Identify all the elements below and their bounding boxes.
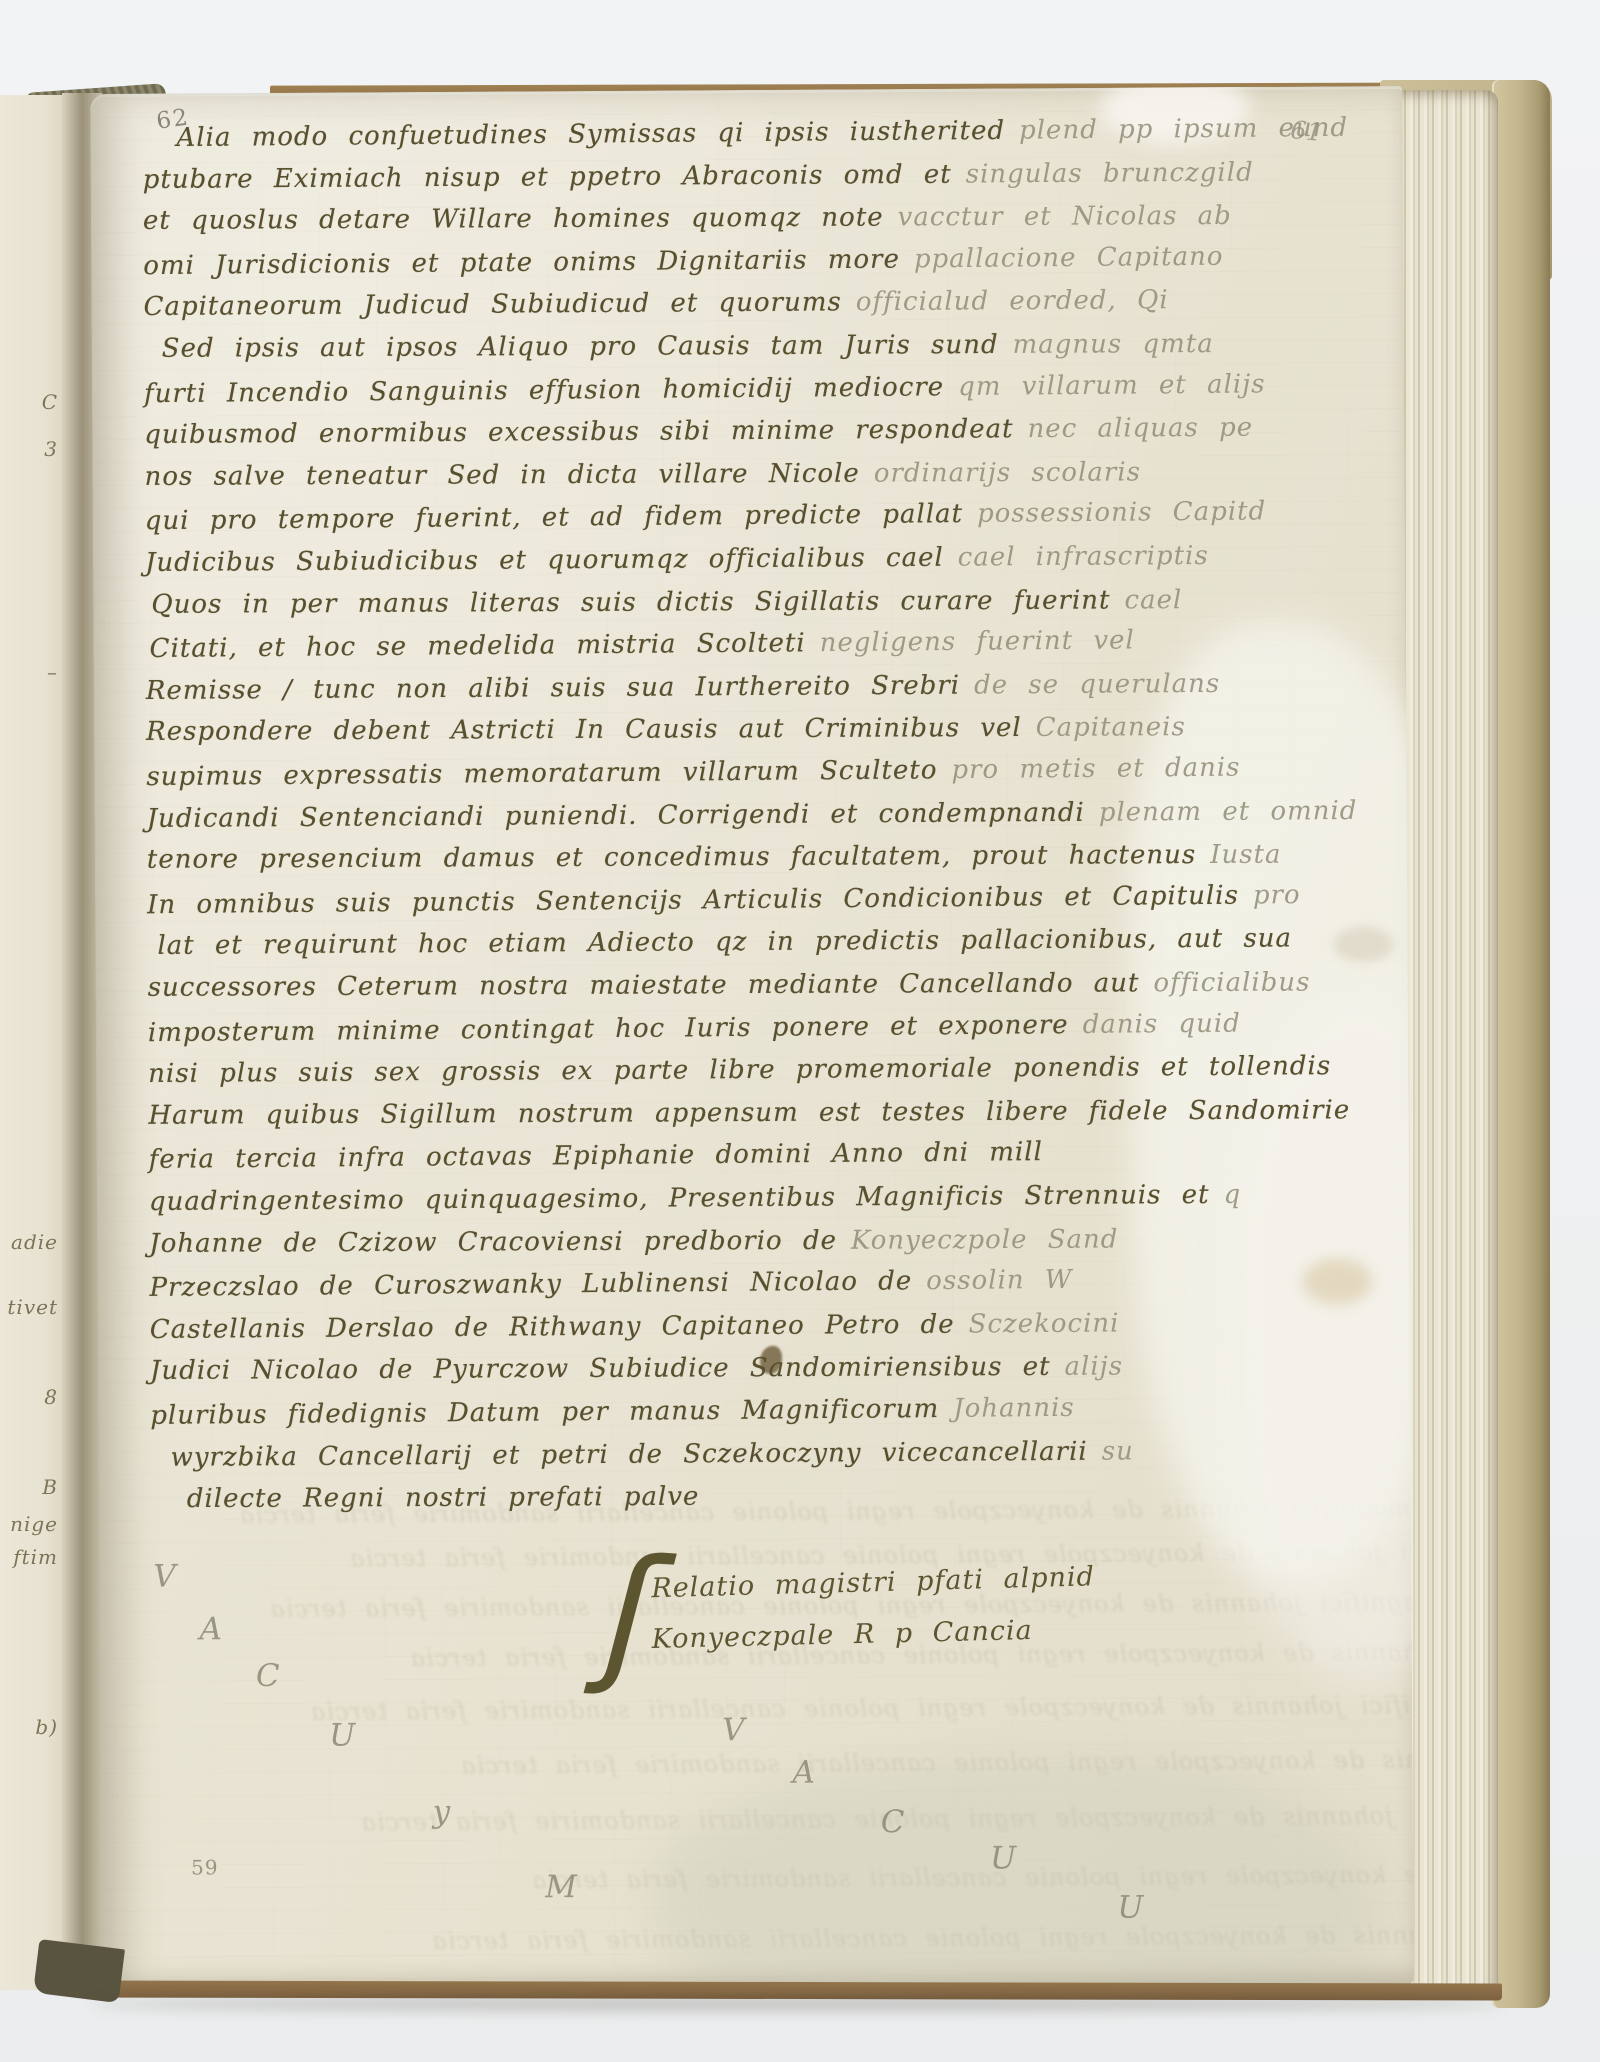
pen-trial-letter: y xyxy=(433,1794,451,1830)
pen-trial-letter: U xyxy=(990,1840,1016,1876)
line-faded-ink: Johannis xyxy=(939,1393,1075,1424)
facing-page-text-fragment: ftim xyxy=(13,1545,58,1569)
pen-trial-letter: U xyxy=(1117,1890,1143,1926)
line-dark-ink: Przeczslao de Curoszwanky Lublinensi Nic… xyxy=(149,1266,912,1303)
line-faded-ink: plenam et omnid xyxy=(1085,796,1358,828)
line-dark-ink: dilecte Regni nostri prefati palve xyxy=(187,1482,700,1514)
manuscript-line: nos salve teneatur Sed in dicta villare … xyxy=(144,455,1141,494)
line-faded-ink: plend pp ipsum eund xyxy=(1005,113,1348,146)
line-faded-ink: cael xyxy=(1110,585,1182,615)
line-dark-ink: Quos in per manus literas suis dictis Si… xyxy=(151,585,1110,619)
manuscript-line: Quos in per manus literas suis dictis Si… xyxy=(151,583,1182,622)
line-dark-ink: Johanne de Czizow Cracoviensi predborio … xyxy=(149,1226,837,1259)
manuscript-line: et quoslus detare Willare homines quomqz… xyxy=(143,199,1232,238)
line-faded-ink: Capitaneis xyxy=(1022,712,1186,743)
line-faded-ink: officialud eorded, Qi xyxy=(842,285,1169,317)
line-dark-ink: Alia modo confuetudines Symissas qi ipsi… xyxy=(176,116,1005,153)
note-brace-flourish: ʃ xyxy=(601,1537,661,1690)
line-dark-ink: tenore presencium damus et concedimus fa… xyxy=(147,840,1196,875)
facing-page-text-fragment: nige xyxy=(10,1512,58,1536)
line-dark-ink: Capitaneorum Judicud Subiudicud et quoru… xyxy=(143,287,841,322)
line-faded-ink: danis quid xyxy=(1068,1009,1240,1041)
facing-page-text-fragment: – xyxy=(47,660,58,684)
facing-page-text-fragment: tivet xyxy=(7,1295,58,1319)
line-dark-ink: qui pro tempore fuerint, et ad fidem pre… xyxy=(145,499,963,536)
spine-bottom-tip xyxy=(33,1939,125,2003)
line-dark-ink: pluribus fidedignis Datum per manus Magn… xyxy=(150,1394,939,1431)
line-dark-ink: Judici Nicolao de Pyurczow Subiudice San… xyxy=(150,1352,1051,1386)
line-faded-ink: Sczekocini xyxy=(954,1309,1119,1340)
line-faded-ink: pro xyxy=(1239,880,1301,911)
line-faded-ink: qm villarum et alijs xyxy=(944,369,1266,402)
line-dark-ink: Remisse / tunc non alibi suis sua Iurthe… xyxy=(146,671,960,706)
line-faded-ink: de se querulans xyxy=(960,669,1220,701)
manuscript-line: Respondere debent Astricti In Causis aut… xyxy=(146,710,1186,749)
pen-trial-letter: C xyxy=(881,1804,905,1840)
photo-of-manuscript-page: { "photo": { "background_color": "#f0f1f… xyxy=(0,0,1600,2062)
small-smudge xyxy=(1333,926,1393,962)
line-dark-ink: Judicibus Subiudicibus et quorumqz offic… xyxy=(145,543,944,578)
line-dark-ink: quadringentesimo quinquagesimo, Presenti… xyxy=(149,1180,1210,1217)
line-dark-ink: omi Jurisdicionis et ptate onims Dignita… xyxy=(143,245,900,282)
manuscript-line: Judici Nicolao de Pyurczow Subiudice San… xyxy=(150,1350,1123,1388)
line-faded-ink: Konyeczpole Sand xyxy=(837,1225,1119,1256)
pen-trial-letter: V xyxy=(722,1712,745,1748)
pencil-mark: 59 xyxy=(191,1855,219,1879)
line-dark-ink: et quoslus detare Willare homines quomqz… xyxy=(143,202,884,235)
line-dark-ink: quibusmod enormibus excessibus sibi mini… xyxy=(144,414,1013,450)
manuscript-line: Johanne de Czizow Cracoviensi predborio … xyxy=(149,1223,1118,1261)
line-dark-ink: Harum quibus Sigillum nostrum appensum e… xyxy=(148,1095,1350,1130)
line-dark-ink: Judicandi Sentenciandi puniendi. Corrige… xyxy=(147,798,1085,834)
pen-trial-letter: U xyxy=(329,1717,355,1753)
facing-page-text-fragment: adie xyxy=(11,1230,58,1254)
line-dark-ink: imposterum minime contingat hoc Iuris po… xyxy=(148,1010,1069,1048)
line-dark-ink: Sed ipsis aut ipsos Aliquo pro Causis ta… xyxy=(162,330,999,364)
line-faded-ink: pro metis et danis xyxy=(937,753,1240,786)
line-faded-ink: su xyxy=(1088,1436,1134,1466)
line-faded-ink: singulas brunczgild xyxy=(952,158,1254,190)
manuscript-line: tenore presencium damus et concedimus fa… xyxy=(147,838,1282,877)
manuscript-line: Harum quibus Sigillum nostrum appensum e… xyxy=(148,1093,1350,1132)
line-dark-ink: successores Ceterum nostra maiestate med… xyxy=(148,968,1140,1003)
facing-page-text-fragment: 3 xyxy=(44,437,58,461)
facing-page-strip: C3–adietivet8Bnigeftimb) xyxy=(0,95,64,1990)
line-faded-ink: ordinarijs scolaris xyxy=(860,457,1141,488)
yellow-stain xyxy=(1302,1258,1372,1304)
line-faded-ink: magnus qmta xyxy=(999,329,1214,360)
line-dark-ink: Castellanis Derslao de Rithwany Capitane… xyxy=(150,1310,955,1345)
line-dark-ink: furti Incendio Sanguinis effusion homici… xyxy=(144,372,944,409)
facing-page-text-fragment: 8 xyxy=(44,1385,58,1409)
line-dark-ink: Citati, et hoc se medelida mistria Scolt… xyxy=(149,628,805,664)
line-dark-ink: feria tercia infra octavas Epiphanie dom… xyxy=(149,1137,1043,1175)
pen-trial-letter: C xyxy=(256,1658,280,1694)
facing-page-text-fragment: b) xyxy=(35,1715,58,1739)
manuscript-line: quadringentesimo quinquagesimo, Presenti… xyxy=(149,1178,1241,1219)
line-dark-ink: ptubare Eximiach nisup et ppetro Abracon… xyxy=(143,160,952,195)
line-faded-ink: vacctur et Nicolas ab xyxy=(884,201,1232,233)
manuscript-line: Sed ipsis aut ipsos Aliquo pro Causis ta… xyxy=(162,327,1214,366)
line-faded-ink: q xyxy=(1209,1180,1241,1210)
line-faded-ink: negligens fuerint vel xyxy=(806,625,1135,658)
line-faded-ink: Iusta xyxy=(1196,840,1281,870)
manuscript-page: datum per manus magnifici johannis de ko… xyxy=(90,86,1414,1992)
line-dark-ink: supimus expressatis memoratarum villarum… xyxy=(146,755,937,792)
pen-trial-letter: A xyxy=(199,1611,222,1647)
pen-trial-letter: M xyxy=(545,1869,577,1905)
line-faded-ink: officialibus xyxy=(1139,968,1310,999)
line-dark-ink: wyrzbika Cancellarij et petri de Sczekoc… xyxy=(170,1437,1087,1473)
manuscript-line: wyrzbika Cancellarij et petri de Sczekoc… xyxy=(170,1434,1133,1474)
manuscript-line: successores Ceterum nostra maiestate med… xyxy=(148,966,1311,1005)
book-cover-fore-edge xyxy=(1492,80,1550,2008)
pen-trial-letter: V xyxy=(153,1559,176,1595)
manuscript-line: Castellanis Derslao de Rithwany Capitane… xyxy=(150,1307,1120,1347)
line-faded-ink: possessionis Capitd xyxy=(963,496,1266,529)
show-through-text: datum per manus magnifici johannis de ko… xyxy=(310,1689,1414,1726)
line-faded-ink: alijs xyxy=(1050,1352,1123,1382)
manuscript-line: Judicibus Subiudicibus et quorumqz offic… xyxy=(145,539,1209,580)
book-shadow xyxy=(90,1998,1504,2010)
manuscript-line: dilecte Regni nostri prefati palve xyxy=(187,1480,700,1516)
line-faded-ink: ossolin W xyxy=(912,1265,1073,1296)
line-faded-ink: cael infrascriptis xyxy=(944,541,1209,573)
facing-page-text-fragment: B xyxy=(42,1475,58,1499)
line-dark-ink: nisi plus suis sex grossis ex parte libr… xyxy=(148,1051,1331,1089)
manuscript-line: Capitaneorum Judicud Subiudicud et quoru… xyxy=(143,283,1168,324)
pen-trial-letter: A xyxy=(792,1755,815,1791)
line-dark-ink: nos salve teneatur Sed in dicta villare … xyxy=(144,459,859,492)
line-faded-ink: nec aliquas pe xyxy=(1013,413,1253,445)
facing-page-text-fragment: C xyxy=(42,390,58,414)
line-dark-ink: Respondere debent Astricti In Causis aut… xyxy=(146,713,1022,747)
manuscript-line: Remisse / tunc non alibi suis sua Iurthe… xyxy=(146,667,1221,708)
line-faded-ink: ppallacione Capitano xyxy=(900,242,1224,275)
line-dark-ink: lat et requirunt hoc etiam Adiecto qz in… xyxy=(157,923,1292,961)
